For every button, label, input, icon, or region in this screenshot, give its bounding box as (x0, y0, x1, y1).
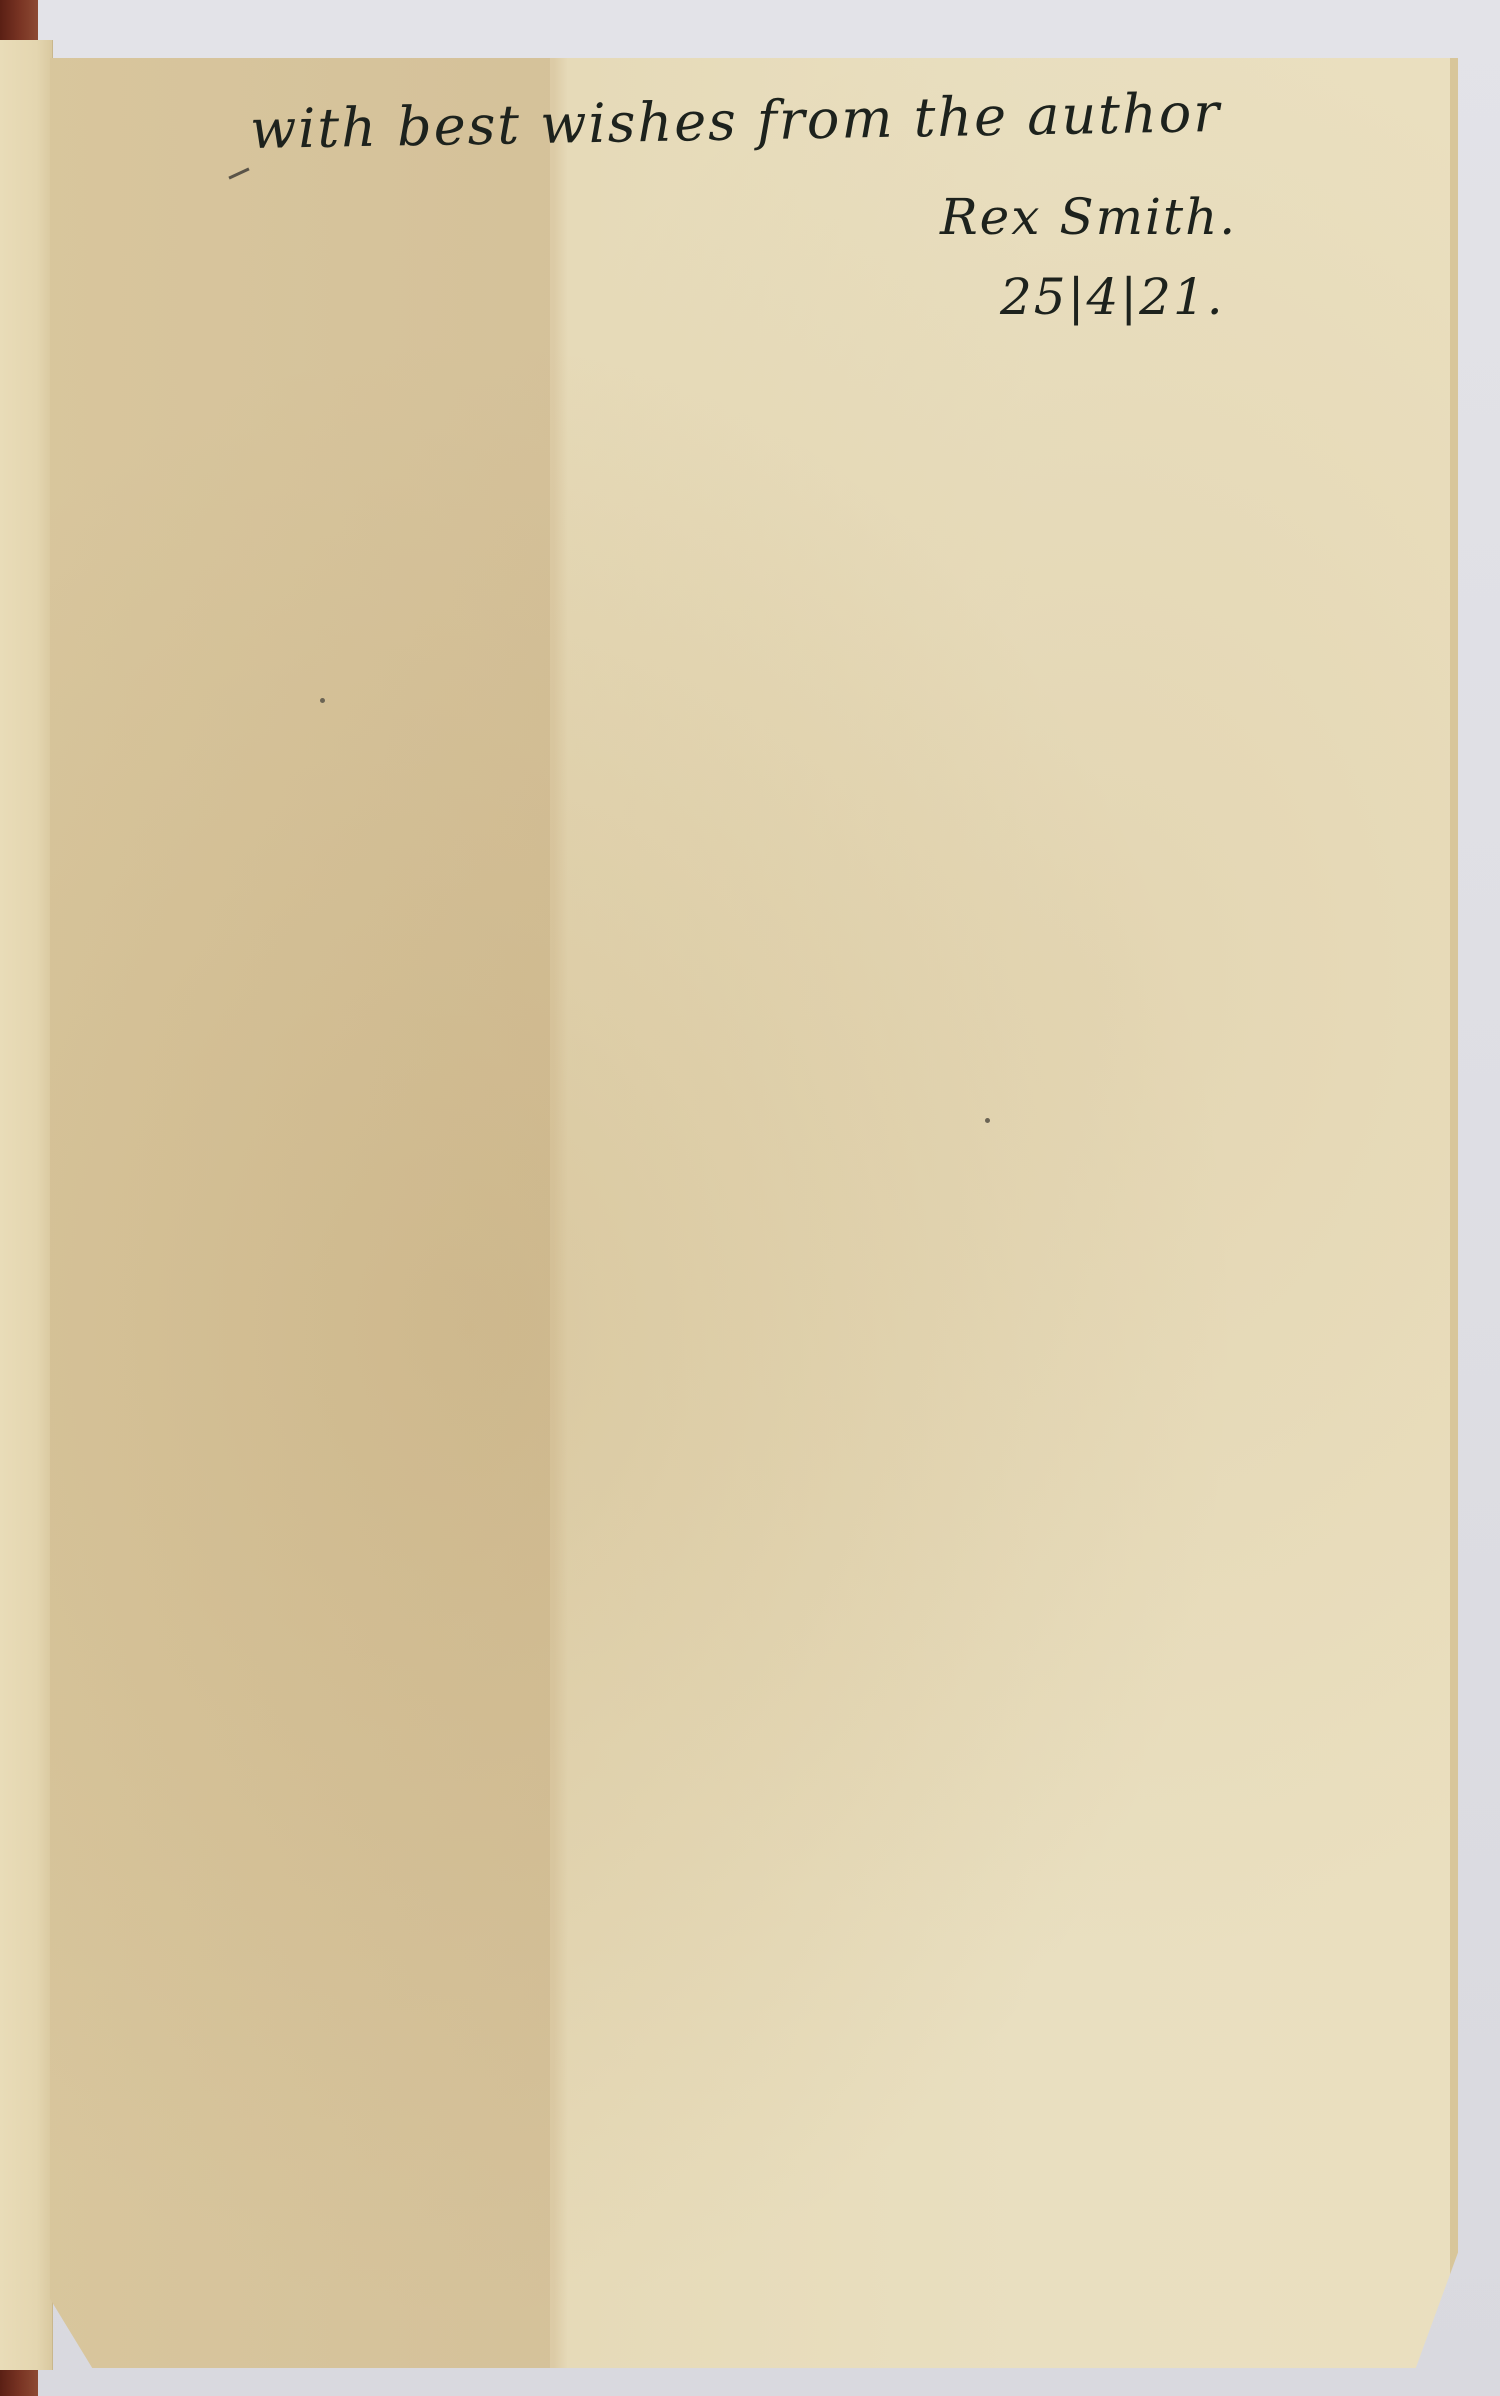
photo-scene: with best wishes from the author Rex Smi… (0, 0, 1500, 2396)
inscription-date: 25|4|21. (1000, 268, 1225, 326)
page-discoloration-band (50, 58, 550, 2368)
inscription-signature: Rex Smith. (940, 188, 1237, 246)
flyleaf-page: with best wishes from the author Rex Smi… (50, 58, 1458, 2368)
paper-speck (985, 1118, 990, 1123)
facing-endpaper (0, 40, 53, 2370)
paper-speck (320, 698, 325, 703)
